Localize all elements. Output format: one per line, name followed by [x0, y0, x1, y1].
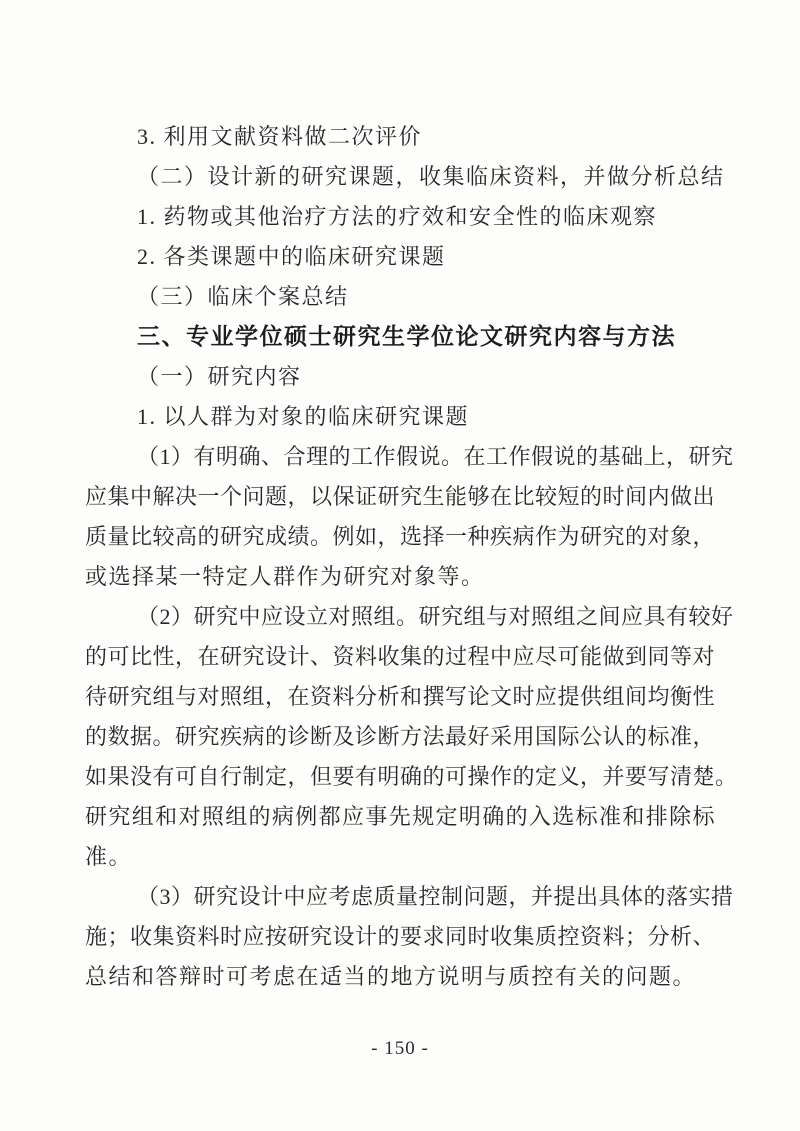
page-number: - 150 - — [371, 1038, 429, 1059]
paragraph-line: （3）研究设计中应考虑质量控制问题，并提出具体的落实措 — [85, 877, 715, 917]
paragraph-line: （1）有明确、合理的工作假说。在工作假说的基础上，研究 — [85, 437, 715, 477]
paragraph-line: 的可比性，在研究设计、资料收集的过程中应尽可能做到同等对 — [85, 637, 715, 677]
list-item: 1. 以人群为对象的临床研究课题 — [85, 397, 715, 437]
paragraph-line: 质量比较高的研究成绩。例如，选择一种疾病作为研究的对象， — [85, 517, 715, 557]
paragraph-line: 施；收集资料时应按研究设计的要求同时收集质控资料；分析、 — [85, 917, 715, 957]
paragraph: （2）研究中应设立对照组。研究组与对照组之间应具有较好 的可比性，在研究设计、资… — [85, 597, 715, 877]
paragraph-line: 或选择某一特定人群作为研究对象等。 — [85, 557, 715, 597]
paragraph-line: 如果没有可自行制定，但要有明确的可操作的定义，并要写清楚。 — [85, 757, 715, 797]
document-page: 3. 利用文献资料做二次评价 （二）设计新的研究课题，收集临床资料，并做分析总结… — [0, 0, 800, 1131]
paragraph-line: 研究组和对照组的病例都应事先规定明确的入选标准和排除标 — [85, 797, 715, 837]
paragraph-line: 总结和答辩时可考虑在适当的地方说明与质控有关的问题。 — [85, 957, 715, 997]
page-footer: - 150 - — [0, 1038, 800, 1060]
paragraph-line: 待研究组与对照组，在资料分析和撰写论文时应提供组间均衡性 — [85, 677, 715, 717]
list-item: （二）设计新的研究课题，收集临床资料，并做分析总结 — [85, 157, 715, 197]
paragraph-line: 的数据。研究疾病的诊断及诊断方法最好采用国际公认的标准， — [85, 717, 715, 757]
paragraph: （1）有明确、合理的工作假说。在工作假说的基础上，研究 应集中解决一个问题，以保… — [85, 437, 715, 597]
list-item: （一）研究内容 — [85, 357, 715, 397]
list-item: 2. 各类课题中的临床研究课题 — [85, 237, 715, 277]
section-heading: 三、专业学位硕士研究生学位论文研究内容与方法 — [85, 317, 715, 357]
list-item: （三）临床个案总结 — [85, 277, 715, 317]
list-item: 1. 药物或其他治疗方法的疗效和安全性的临床观察 — [85, 197, 715, 237]
list-item: 3. 利用文献资料做二次评价 — [85, 117, 715, 157]
paragraph-line: 应集中解决一个问题，以保证研究生能够在比较短的时间内做出 — [85, 477, 715, 517]
paragraph: （3）研究设计中应考虑质量控制问题，并提出具体的落实措 施；收集资料时应按研究设… — [85, 877, 715, 997]
paragraph-line: （2）研究中应设立对照组。研究组与对照组之间应具有较好 — [85, 597, 715, 637]
paragraph-line: 准。 — [85, 837, 715, 877]
document-body: 3. 利用文献资料做二次评价 （二）设计新的研究课题，收集临床资料，并做分析总结… — [85, 117, 715, 997]
